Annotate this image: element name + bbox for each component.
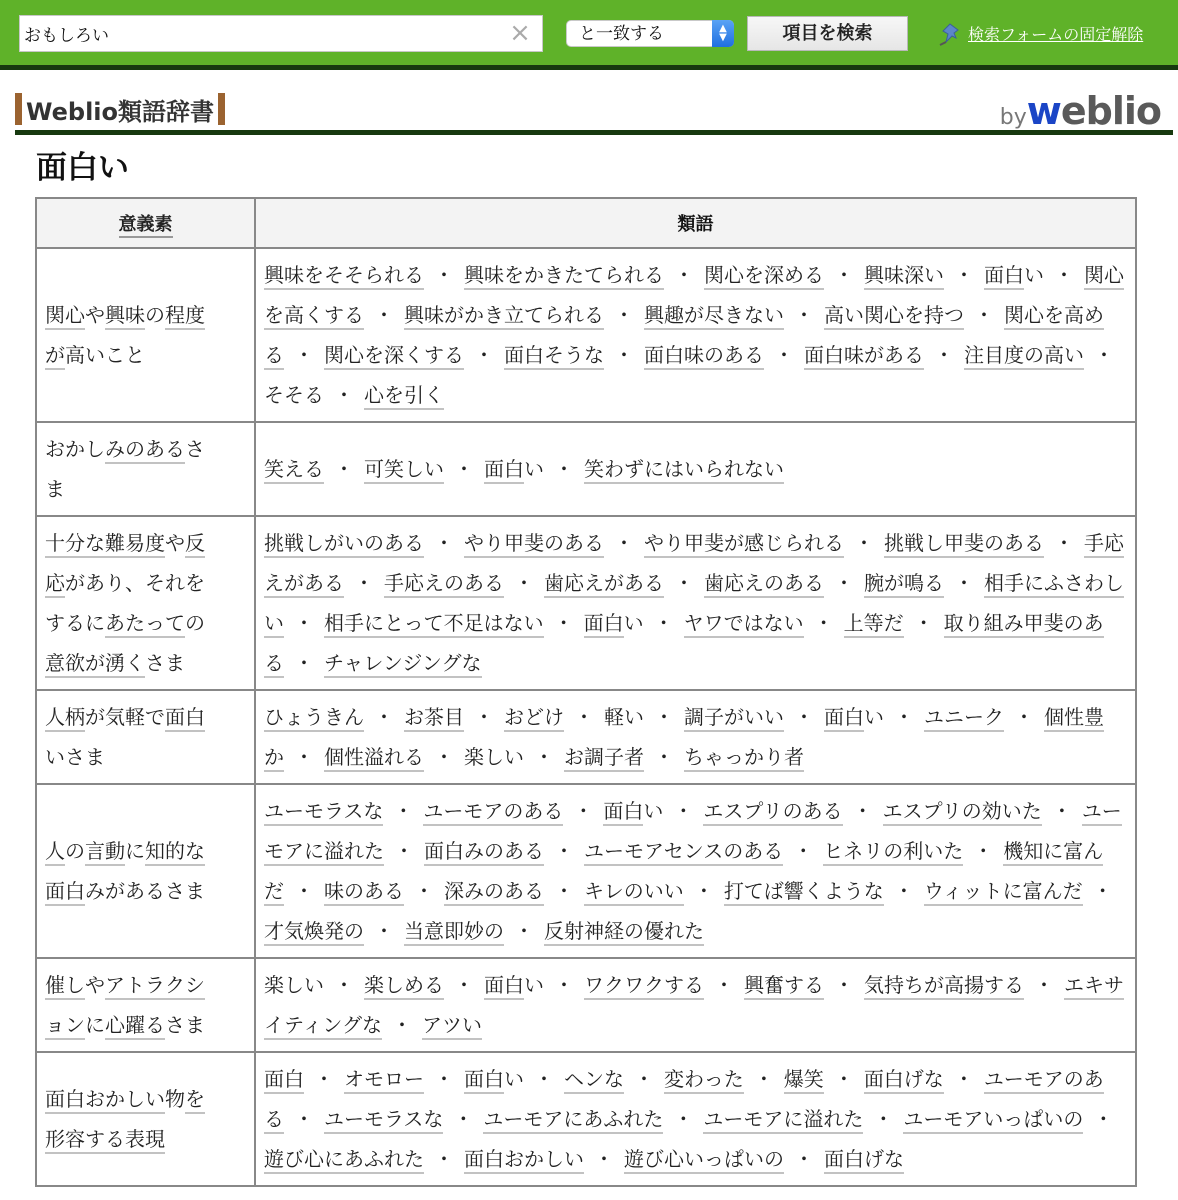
meaning-header-link[interactable]: 意義素: [119, 214, 173, 238]
separator: ・: [1083, 879, 1123, 903]
synonym-link[interactable]: 歯応えのある: [704, 571, 824, 598]
meaning-link[interactable]: 面白おかしい: [45, 1087, 165, 1114]
separator: ・: [424, 531, 464, 555]
synonyms-cell: 挑戦しがいのある・やり甲斐のある・やり甲斐が感じられる・挑戦し甲斐のある・手応え…: [255, 516, 1136, 690]
synonym-link[interactable]: 心を引く: [364, 383, 444, 410]
separator: ・: [544, 973, 584, 997]
separator: ・: [944, 263, 984, 287]
synonym-link[interactable]: やり甲斐が感じられる: [644, 531, 844, 558]
column-header-meaning: 意義素: [36, 198, 255, 248]
separator: ・: [644, 745, 684, 769]
synonym-link[interactable]: 打てば響くような: [724, 879, 884, 906]
synonym-text: 楽しい: [464, 745, 524, 769]
separator: ・: [664, 263, 704, 287]
synonym-link[interactable]: 反射神経の優れた: [544, 919, 704, 946]
meaning-link[interactable]: 関心: [45, 303, 85, 330]
synonyms-cell: ひょうきん・お茶目・おどけ・軽い・調子がいい・面白い・ユニーク・個性豊か・個性溢…: [255, 690, 1136, 784]
pushpin-icon: [936, 20, 964, 46]
meaning-link[interactable]: 意欲が湧く: [45, 651, 145, 678]
meaning-link[interactable]: 人柄: [45, 705, 85, 732]
separator: ・: [1004, 705, 1044, 729]
separator: ・: [382, 1013, 422, 1037]
table-row: 関心や興味の程度が高いこと興味をそそられる・興味をかきたてられる・関心を深める・…: [36, 248, 1136, 422]
table-row: おかしみのあるさま笑える・可笑しい・面白い・笑わずにはいられない: [36, 422, 1136, 516]
separator: ・: [464, 343, 504, 367]
separator: ・: [1044, 263, 1084, 287]
synonym-link[interactable]: ユーモアにあふれた: [483, 1107, 663, 1134]
meaning-text: の: [145, 303, 165, 327]
separator: ・: [704, 973, 744, 997]
synonym-link[interactable]: やり甲斐のある: [464, 531, 604, 558]
meaning-cell: おかしみのあるさま: [36, 422, 255, 516]
separator: ・: [504, 919, 544, 943]
separator: ・: [824, 973, 864, 997]
separator: ・: [964, 303, 1004, 327]
synonym-suffix: い: [864, 705, 884, 729]
separator: ・: [383, 799, 423, 823]
synonym-link[interactable]: 興味をかきたてられる: [464, 263, 664, 290]
synonym-link[interactable]: 挑戦し甲斐のある: [884, 531, 1044, 558]
synonym-link[interactable]: ユーモアのある: [423, 799, 563, 826]
synonym-link[interactable]: 才気煥発の: [264, 919, 364, 946]
synonym-link[interactable]: 高い関心を持つ: [824, 303, 964, 330]
synonym-link[interactable]: ひょうきん: [264, 705, 364, 732]
synonym-link[interactable]: 面白げな: [824, 1147, 904, 1174]
meaning-text: ま: [45, 477, 65, 501]
separator: ・: [644, 611, 684, 635]
separator: ・: [444, 973, 484, 997]
separator: ・: [843, 799, 883, 823]
synonym-link[interactable]: 笑える: [264, 457, 324, 484]
separator: ・: [1084, 343, 1124, 367]
synonym-link[interactable]: 面白: [264, 1067, 304, 1094]
synonym-link[interactable]: 興味がかき立てられる: [404, 303, 604, 330]
search-input[interactable]: [20, 16, 500, 51]
meaning-text: みがあるさま: [85, 879, 205, 903]
search-bar: × と一致する ▲▼ 項目を検索 検索フォームの固定解除: [0, 0, 1178, 70]
meaning-text: の: [65, 839, 85, 863]
meaning-link[interactable]: 応: [45, 571, 65, 598]
separator: ・: [824, 1067, 864, 1091]
meaning-text: おかし: [45, 437, 105, 461]
synonym-link[interactable]: 面白: [484, 973, 524, 1000]
synonym-link[interactable]: 笑わずにはいられない: [584, 457, 784, 484]
synonym-link[interactable]: 変わった: [664, 1067, 744, 1094]
synonym-link[interactable]: ヤワではない: [684, 611, 804, 638]
synonym-link[interactable]: 興奮する: [744, 973, 824, 1000]
meaning-cell: 関心や興味の程度が高いこと: [36, 248, 255, 422]
synonym-text: そそる: [264, 383, 324, 407]
separator: ・: [284, 611, 324, 635]
synonym-link[interactable]: ちゃっかり者: [684, 745, 804, 772]
separator: ・: [824, 571, 864, 595]
logo-rest: eblio: [1061, 89, 1161, 133]
meaning-link[interactable]: を: [185, 1087, 205, 1114]
synonym-link[interactable]: 味のある: [324, 879, 404, 906]
separator: ・: [324, 457, 364, 481]
separator: ・: [284, 745, 324, 769]
meaning-link[interactable]: 知的な: [145, 839, 205, 866]
synonym-suffix: い: [624, 611, 644, 635]
separator: ・: [764, 343, 804, 367]
meaning-cell: 人の言動に知的な面白みがあるさま: [36, 784, 255, 958]
select-arrows-icon: ▲▼: [712, 20, 734, 47]
separator: ・: [944, 571, 984, 595]
separator: ・: [844, 531, 884, 555]
dictionary-title-text[interactable]: Weblio類語辞書: [22, 92, 218, 127]
separator: ・: [624, 1067, 664, 1091]
match-mode-value: と一致する: [579, 24, 664, 44]
title-bar-accent: [15, 93, 22, 125]
synonym-link[interactable]: 面白げな: [864, 1067, 944, 1094]
synonym-text: 楽しい: [264, 973, 324, 997]
unpin-form-link[interactable]: 検索フォームの固定解除: [968, 22, 1143, 45]
separator: ・: [783, 839, 823, 863]
separator: ・: [1024, 973, 1064, 997]
meaning-link[interactable]: 人: [45, 839, 65, 866]
unpin-form-link-group: 検索フォームの固定解除: [936, 20, 1143, 46]
meaning-text: や: [85, 973, 105, 997]
synonym-link[interactable]: ユーモアに溢れた: [703, 1107, 863, 1134]
synonym-link[interactable]: 気持ちが高揚する: [864, 973, 1024, 1000]
table-row: 人柄が気軽で面白いさまひょうきん・お茶目・おどけ・軽い・調子がいい・面白い・ユニ…: [36, 690, 1136, 784]
separator: ・: [364, 919, 404, 943]
separator: ・: [544, 839, 584, 863]
meaning-text: さ: [185, 437, 205, 461]
synonym-suffix: い: [643, 799, 663, 823]
synonyms-cell: 興味をそそられる・興味をかきたてられる・関心を深める・興味深い・面白い・関心を高…: [255, 248, 1136, 422]
separator: ・: [963, 839, 1003, 863]
meaning-text: が気軽で: [85, 705, 165, 729]
separator: ・: [563, 799, 603, 823]
meaning-text: や: [85, 303, 105, 327]
separator: ・: [424, 1067, 464, 1091]
separator: ・: [284, 651, 324, 675]
synonym-suffix: い: [504, 1067, 524, 1091]
synonym-link[interactable]: エスプリの効いた: [883, 799, 1042, 826]
meaning-link[interactable]: 十分な難易度: [45, 531, 165, 558]
meaning-link[interactable]: ョン: [45, 1013, 85, 1040]
synonym-link[interactable]: 遊び心いっぱいの: [624, 1147, 784, 1174]
separator: ・: [904, 611, 944, 635]
meaning-cell: 人柄が気軽で面白いさま: [36, 690, 255, 784]
separator: ・: [604, 531, 644, 555]
separator: ・: [884, 705, 924, 729]
separator: ・: [364, 303, 404, 327]
meaning-cell: 催しやアトラクションに心躍るさま: [36, 958, 255, 1052]
separator: ・: [324, 973, 364, 997]
synonym-link[interactable]: ユーモラスな: [324, 1107, 443, 1134]
separator: ・: [604, 343, 644, 367]
table-row: 十分な難易度や反応があり、それをするにあたっての意欲が湧くさま挑戦しがいのある・…: [36, 516, 1136, 690]
synonym-link[interactable]: ウィットに富んだ: [924, 879, 1083, 906]
synonym-link[interactable]: 面白: [603, 799, 643, 826]
synonym-link[interactable]: 上等だ: [844, 611, 904, 638]
synonym-link[interactable]: 関心を深くする: [324, 343, 464, 370]
meaning-text: 物: [165, 1087, 185, 1111]
synonym-link[interactable]: 個性溢れる: [324, 745, 424, 772]
separator: ・: [564, 705, 604, 729]
synonym-link[interactable]: 深みのある: [444, 879, 544, 906]
table-row: 催しやアトラクションに心躍るさま楽しい・楽しめる・面白い・ワクワクする・興奮する…: [36, 958, 1136, 1052]
synonym-link[interactable]: 関心を深める: [704, 263, 824, 290]
separator: ・: [544, 879, 584, 903]
synonym-link[interactable]: 面白そうな: [504, 343, 604, 370]
separator: ・: [1042, 799, 1082, 823]
separator: ・: [384, 839, 424, 863]
synonym-link[interactable]: 興趣が尽きない: [644, 303, 784, 330]
meaning-link[interactable]: みのある: [105, 437, 185, 464]
meaning-text: や: [165, 531, 185, 555]
synonym-link[interactable]: 注目度の高い: [964, 343, 1084, 370]
dictionary-title: Weblio類語辞書: [15, 93, 225, 125]
separator: ・: [324, 383, 364, 407]
separator: ・: [284, 1107, 324, 1131]
match-mode-select[interactable]: と一致する ▲▼: [566, 20, 734, 47]
synonym-link[interactable]: 面白: [984, 263, 1024, 290]
title-bar-accent: [218, 93, 225, 125]
synonym-link[interactable]: 楽しめる: [364, 973, 444, 1000]
synonym-link[interactable]: 面白味がある: [804, 343, 924, 370]
synonym-suffix: い: [524, 973, 544, 997]
meaning-text: するに: [45, 611, 105, 635]
clear-icon[interactable]: ×: [508, 21, 532, 45]
search-field[interactable]: ×: [19, 15, 543, 52]
meaning-link[interactable]: 程度: [165, 303, 205, 330]
separator: ・: [863, 1107, 903, 1131]
separator: ・: [944, 1067, 984, 1091]
separator: ・: [404, 879, 444, 903]
synonym-link[interactable]: 面白味のある: [644, 343, 764, 370]
synonym-link[interactable]: 手応えのある: [384, 571, 504, 598]
synonym-link[interactable]: 面白: [824, 705, 864, 732]
synonym-link[interactable]: おどけ: [504, 705, 564, 732]
synonym-link[interactable]: 歯応えがある: [544, 571, 664, 598]
separator: ・: [524, 1067, 564, 1091]
meaning-link[interactable]: 催し: [45, 973, 85, 1000]
separator: ・: [544, 611, 584, 635]
synonym-link[interactable]: 面白おかしい: [464, 1147, 584, 1174]
meaning-cell: 十分な難易度や反応があり、それをするにあたっての意欲が湧くさま: [36, 516, 255, 690]
table-row: 人の言動に知的な面白みがあるさまユーモラスな・ユーモアのある・面白い・エスプリの…: [36, 784, 1136, 958]
meaning-text: 高いこと: [65, 343, 145, 367]
synonyms-cell: ユーモラスな・ユーモアのある・面白い・エスプリのある・エスプリの効いた・ユーモア…: [255, 784, 1136, 958]
meaning-text: があり、それを: [65, 571, 205, 595]
synonym-suffix: い: [1024, 263, 1044, 287]
separator: ・: [464, 705, 504, 729]
separator: ・: [784, 303, 824, 327]
synonym-text: 軽い: [604, 705, 644, 729]
separator: ・: [804, 611, 844, 635]
separator: ・: [424, 745, 464, 769]
synonym-link[interactable]: ユーモアセンスのある: [584, 839, 783, 866]
synonym-link[interactable]: ヘンな: [564, 1067, 624, 1094]
synonym-link[interactable]: 爆笑: [784, 1067, 824, 1094]
separator: ・: [784, 1147, 824, 1171]
separator: ・: [443, 1107, 483, 1131]
synonym-link[interactable]: 面白: [584, 611, 624, 638]
separator: ・: [1083, 1107, 1123, 1131]
meaning-link[interactable]: 形容する表現: [45, 1127, 165, 1154]
synonym-link[interactable]: ユニーク: [924, 705, 1004, 732]
separator: ・: [584, 1147, 624, 1171]
weblio-logo[interactable]: byweblio: [1000, 89, 1161, 133]
separator: ・: [444, 457, 484, 481]
synonym-link[interactable]: 面白みのある: [424, 839, 544, 866]
separator: ・: [664, 571, 704, 595]
synonym-link[interactable]: ヒネリの利いた: [823, 839, 963, 866]
meaning-link[interactable]: 面白: [165, 705, 205, 732]
synonyms-cell: 面白・オモロー・面白い・ヘンな・変わった・爆笑・面白げな・ユーモアのある・ユーモ…: [255, 1052, 1136, 1186]
separator: ・: [304, 1067, 344, 1091]
synonym-link[interactable]: 当意即妙の: [404, 919, 504, 946]
separator: ・: [784, 705, 824, 729]
meaning-text: に: [125, 839, 145, 863]
separator: ・: [424, 1147, 464, 1171]
separator: ・: [504, 571, 544, 595]
synonyms-cell: 笑える・可笑しい・面白い・笑わずにはいられない: [255, 422, 1136, 516]
synonym-link[interactable]: 調子がいい: [684, 705, 784, 732]
separator: ・: [544, 457, 584, 481]
meaning-text: に: [85, 1013, 105, 1037]
table-row: 面白おかしい物を形容する表現面白・オモロー・面白い・ヘンな・変わった・爆笑・面白…: [36, 1052, 1136, 1186]
synonym-link[interactable]: 興味をそそられる: [264, 263, 424, 290]
separator: ・: [663, 799, 703, 823]
logo-w: w: [1027, 89, 1061, 133]
separator: ・: [524, 745, 564, 769]
table-header-row: 意義素 類語: [36, 198, 1136, 248]
separator: ・: [824, 263, 864, 287]
synonym-link[interactable]: ユーモラスな: [264, 799, 383, 826]
synonyms-cell: 楽しい・楽しめる・面白い・ワクワクする・興奮する・気持ちが高揚する・エキサイティ…: [255, 958, 1136, 1052]
separator: ・: [424, 263, 464, 287]
synonym-link[interactable]: お茶目: [404, 705, 464, 732]
separator: ・: [924, 343, 964, 367]
column-header-synonyms: 類語: [255, 198, 1136, 248]
synonym-link[interactable]: 遊び心にあふれた: [264, 1147, 424, 1174]
search-button[interactable]: 項目を検索: [747, 16, 908, 51]
separator: ・: [364, 705, 404, 729]
synonym-link[interactable]: 挑戦しがいのある: [264, 531, 424, 558]
meaning-cell: 面白おかしい物を形容する表現: [36, 1052, 255, 1186]
logo-by: by: [1000, 105, 1027, 130]
meaning-text: さま: [145, 651, 185, 675]
synonym-link[interactable]: チャレンジングな: [324, 651, 482, 678]
separator: ・: [284, 343, 324, 367]
synonym-link[interactable]: 面白: [464, 1067, 504, 1094]
meaning-link[interactable]: 反: [185, 531, 205, 558]
meaning-link[interactable]: アトラクシ: [105, 973, 205, 1000]
page-title: 面白い: [36, 142, 129, 187]
synonym-table: 意義素 類語 関心や興味の程度が高いこと興味をそそられる・興味をかきたてられる・…: [35, 197, 1137, 1187]
synonym-suffix: い: [524, 457, 544, 481]
synonym-link[interactable]: お調子者: [564, 745, 644, 772]
meaning-link[interactable]: 興味: [105, 303, 145, 330]
synonym-link[interactable]: アツい: [422, 1013, 482, 1040]
separator: ・: [884, 879, 924, 903]
synonym-link[interactable]: 面白: [484, 457, 524, 484]
separator: ・: [284, 879, 324, 903]
separator: ・: [684, 879, 724, 903]
separator: ・: [644, 705, 684, 729]
meaning-text: さま: [165, 1013, 205, 1037]
synonym-link[interactable]: キレのいい: [584, 879, 684, 906]
synonym-link[interactable]: 腕が鳴る: [864, 571, 944, 598]
synonym-link[interactable]: オモロー: [344, 1067, 424, 1094]
separator: ・: [604, 303, 644, 327]
separator: ・: [744, 1067, 784, 1091]
meaning-link[interactable]: 言動: [85, 839, 125, 866]
meaning-text: いさま: [45, 745, 105, 769]
synonym-link[interactable]: ユーモアいっぱいの: [903, 1107, 1083, 1134]
separator: ・: [344, 571, 384, 595]
synonym-link[interactable]: ワクワクする: [584, 973, 704, 1000]
meaning-link[interactable]: 心躍る: [105, 1013, 165, 1040]
meaning-link[interactable]: あたって: [105, 611, 185, 638]
meaning-link[interactable]: 面白: [45, 879, 85, 906]
separator: ・: [663, 1107, 703, 1131]
synonym-link[interactable]: 可笑しい: [364, 457, 444, 484]
meaning-text: の: [185, 611, 205, 635]
dictionary-header: Weblio類語辞書 byweblio: [15, 93, 1173, 135]
synonym-link[interactable]: 興味深い: [864, 263, 944, 290]
synonym-link[interactable]: エスプリのある: [703, 799, 842, 826]
separator: ・: [1044, 531, 1084, 555]
meaning-link[interactable]: が: [45, 343, 65, 370]
synonym-link[interactable]: 相手にとって不足はない: [324, 611, 544, 638]
